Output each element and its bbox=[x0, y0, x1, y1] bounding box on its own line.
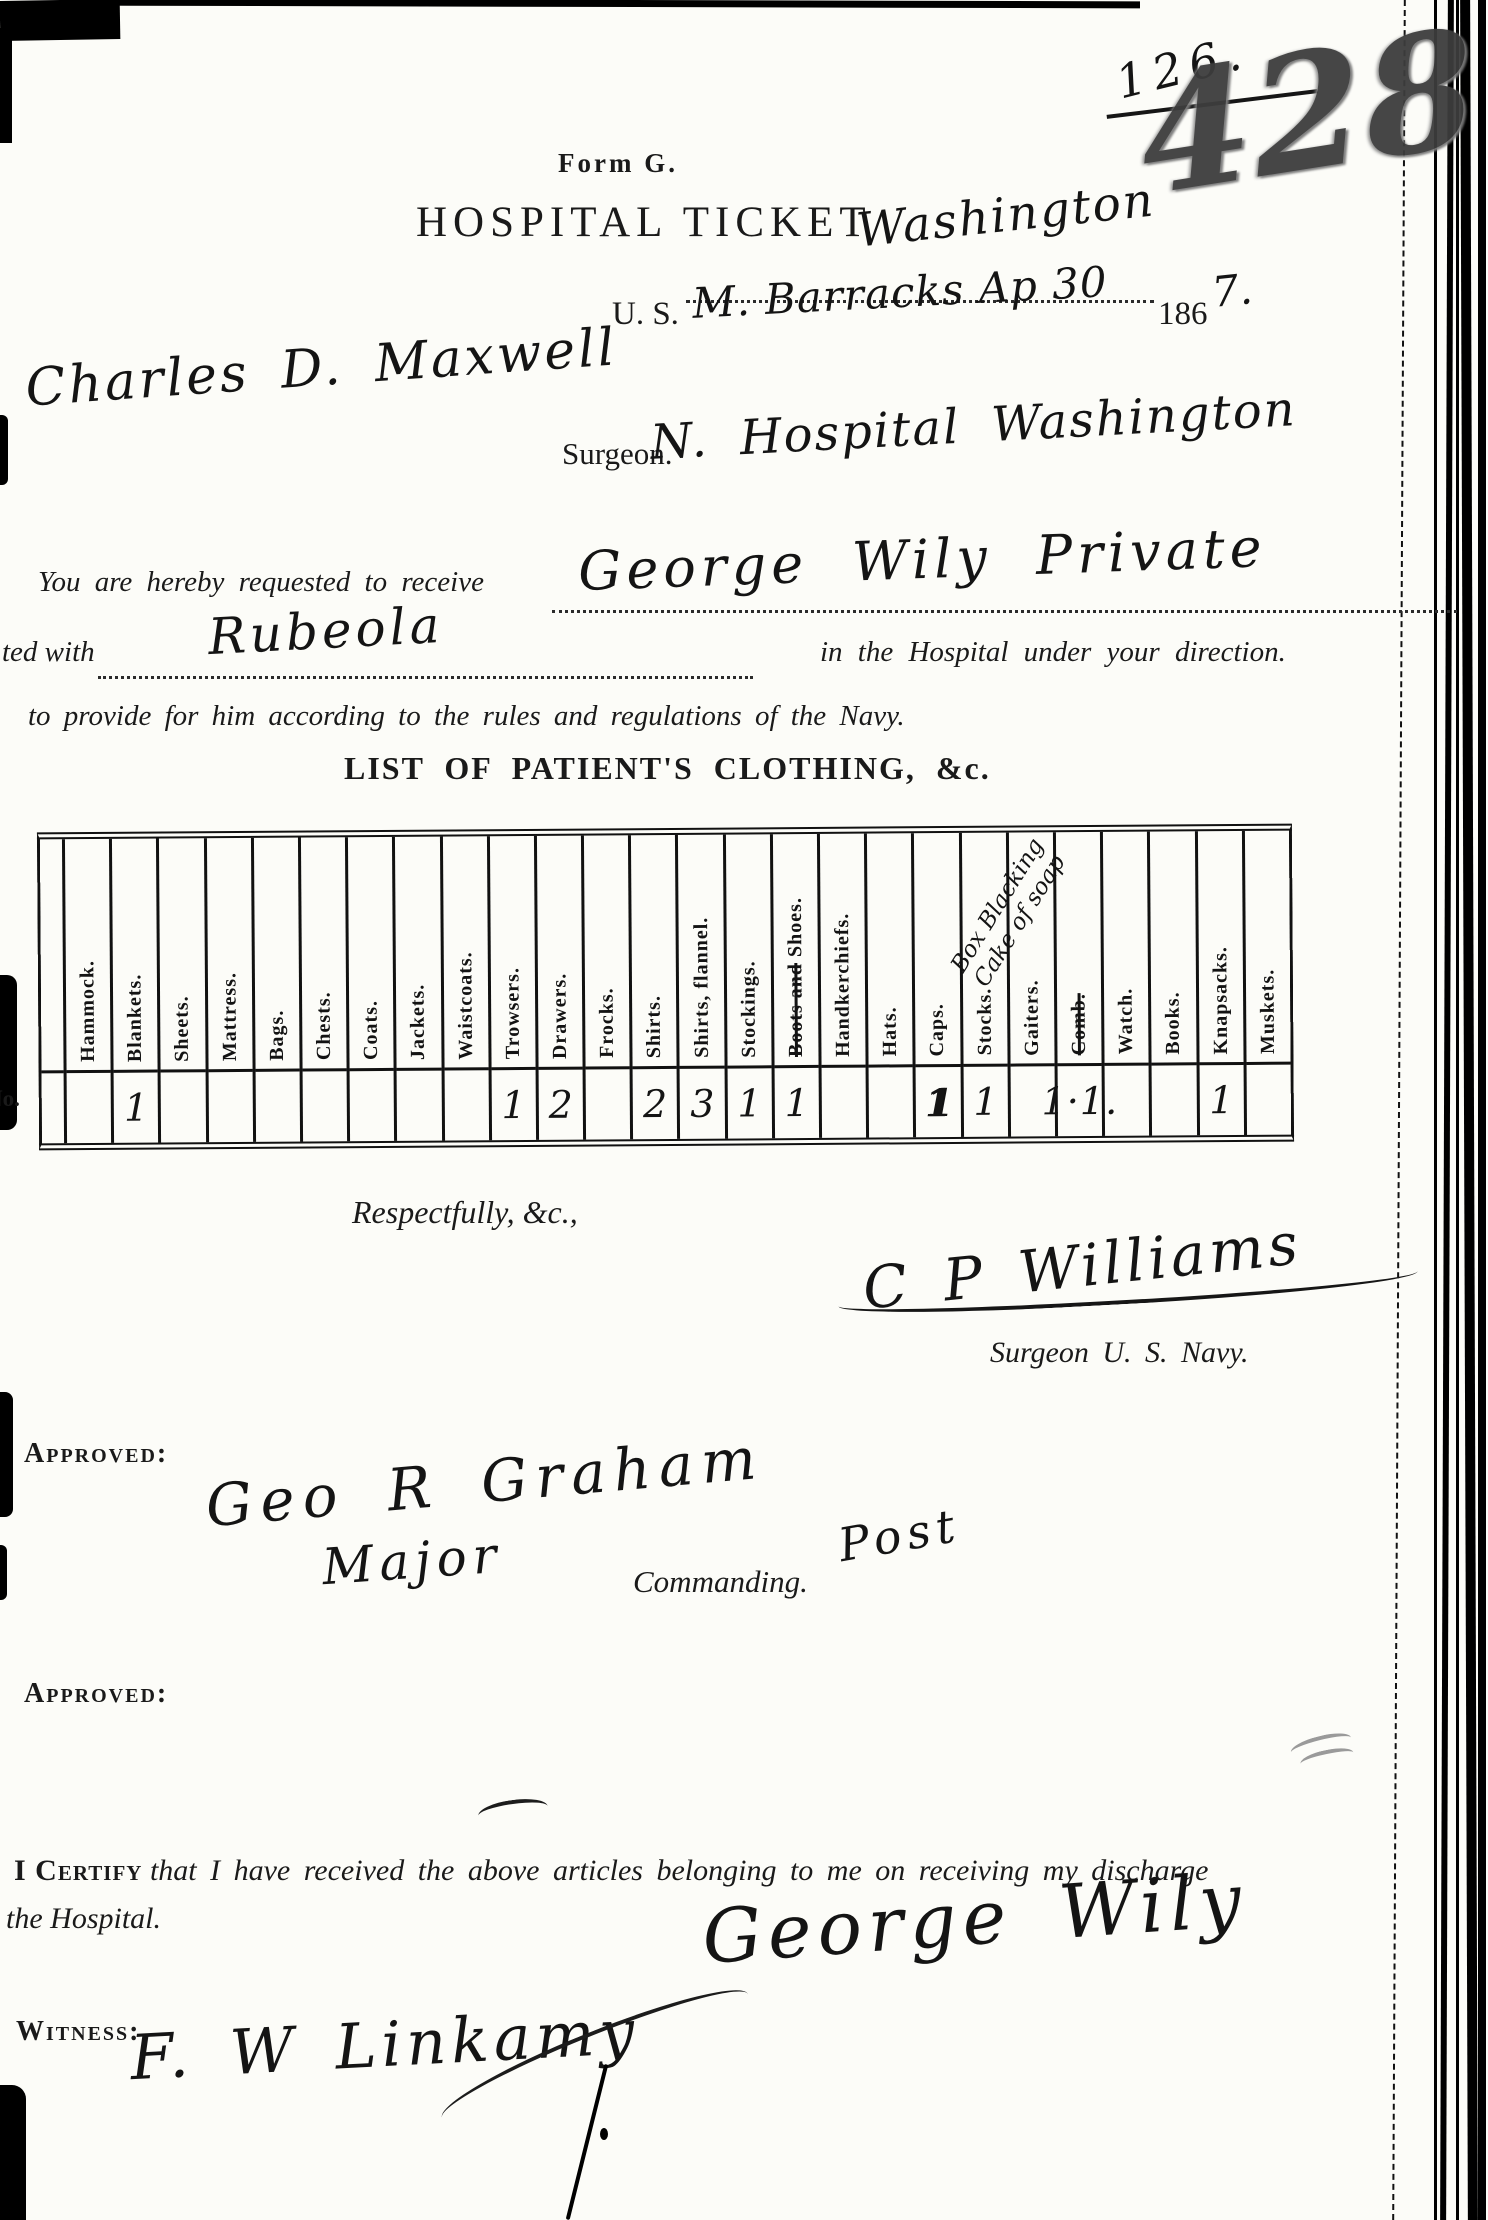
column-label: Books. bbox=[1162, 991, 1185, 1054]
clothing-column: Watch. bbox=[1100, 832, 1149, 1136]
patient-dotted-line bbox=[552, 610, 1457, 613]
column-label: Knapsacks. bbox=[1209, 946, 1233, 1055]
column-label: Hats. bbox=[879, 1006, 902, 1056]
certify-line2: the Hospital. bbox=[6, 1902, 161, 1936]
station-handwritten: M. Barracks Ap 30 bbox=[691, 257, 1109, 328]
clothing-column: Frocks. bbox=[581, 835, 630, 1139]
disease-handwritten: Rubeola bbox=[207, 596, 445, 666]
form-label: Form G. bbox=[558, 148, 678, 179]
column-label: Coats. bbox=[360, 1000, 383, 1060]
column-value bbox=[255, 1069, 300, 1142]
column-value bbox=[161, 1069, 206, 1142]
column-label: Shirts. bbox=[643, 995, 666, 1058]
respectfully-line: Respectfully, &c., bbox=[352, 1194, 578, 1231]
clothing-column: Muskets. bbox=[1242, 831, 1291, 1135]
clothing-column: Coats. bbox=[345, 837, 394, 1141]
clothing-column: Shirts.2 bbox=[628, 835, 677, 1139]
clothing-heading: LIST OF PATIENT'S CLOTHING, &c. bbox=[344, 750, 991, 787]
column-value bbox=[397, 1068, 442, 1141]
request-line2-suffix: in the Hospital under your direction. bbox=[820, 636, 1286, 669]
clothing-column: Hats. bbox=[864, 833, 913, 1137]
clothing-table: Hammock.Blankets.1Sheets.Mattress.Bags.C… bbox=[37, 824, 1294, 1151]
scan-blob-left-3 bbox=[0, 1392, 13, 1517]
clothing-column: Trowsers.1 bbox=[487, 836, 536, 1140]
approved-label-2: Approved: bbox=[24, 1678, 168, 1710]
column-value: 1 bbox=[1199, 1062, 1244, 1135]
column-value: 2 bbox=[538, 1067, 583, 1140]
clothing-column: Sheets. bbox=[156, 838, 205, 1142]
clothing-column: Hammock. bbox=[62, 839, 111, 1143]
year-handwritten: 7. bbox=[1210, 264, 1255, 317]
clothing-column: Knapsacks.1 bbox=[1194, 831, 1243, 1135]
column-label: Gaiters. bbox=[1020, 979, 1044, 1055]
scan-edge-top-left bbox=[0, 0, 120, 41]
struck-label-part: Boots and bbox=[784, 963, 807, 1057]
surgeon-handwritten: N. Hospital Washington bbox=[649, 381, 1298, 471]
witness-label: Witness: bbox=[16, 2016, 140, 2048]
column-value bbox=[302, 1068, 347, 1141]
column-value: 2 bbox=[633, 1066, 678, 1139]
clothing-column: Jackets. bbox=[392, 837, 441, 1141]
column-value bbox=[1152, 1062, 1197, 1135]
column-value: 1 bbox=[114, 1070, 159, 1143]
scan-edge-left-strip bbox=[0, 28, 12, 143]
column-label: Frocks. bbox=[596, 988, 619, 1059]
patient-handwritten: George Wily Private bbox=[577, 516, 1267, 603]
column-label: Mattress. bbox=[218, 972, 242, 1061]
column-label: Drawers. bbox=[548, 972, 572, 1058]
clothing-column: Mattress. bbox=[204, 838, 253, 1142]
clothing-column: Books. bbox=[1147, 831, 1196, 1135]
clothing-column: Handkerchiefs. bbox=[817, 834, 866, 1138]
request-line1: You are hereby requested to receive bbox=[38, 566, 484, 599]
column-value: 1 bbox=[727, 1065, 772, 1138]
commanding-handwritten: Post bbox=[834, 1498, 964, 1573]
binding-edge bbox=[1396, 0, 1488, 2220]
clothing-column: Caps.1 bbox=[911, 833, 960, 1137]
page-title: HOSPITAL TICKET bbox=[416, 198, 872, 247]
title-location-handwritten: Washington bbox=[854, 172, 1158, 258]
approved-label-1: Approved: bbox=[24, 1438, 168, 1470]
station-printed: U. S. bbox=[612, 296, 679, 333]
column-value bbox=[67, 1070, 112, 1143]
column-value: 3 bbox=[680, 1066, 725, 1139]
column-value bbox=[869, 1064, 914, 1137]
column-value bbox=[208, 1069, 253, 1142]
column-label: Watch. bbox=[1115, 988, 1138, 1055]
column-label: Jackets. bbox=[407, 983, 431, 1059]
clothing-column: Chests. bbox=[298, 837, 347, 1141]
stray-tilde-mark bbox=[477, 1795, 549, 1827]
scan-blob-left-1 bbox=[0, 415, 8, 485]
witness-flourish-dot bbox=[600, 2128, 608, 2140]
column-label: Bags. bbox=[265, 1010, 288, 1061]
clothing-column: Stockings.1 bbox=[723, 834, 772, 1138]
approver-signature: Geo R Graham bbox=[203, 1424, 766, 1541]
column-value bbox=[822, 1065, 867, 1138]
request-line2-prefix: ted with bbox=[2, 636, 95, 669]
certify-prefix: I Certify bbox=[14, 1854, 142, 1887]
approver-rank: Major bbox=[320, 1526, 504, 1596]
column-label: Comb. bbox=[1068, 993, 1091, 1055]
scan-blob-left-4 bbox=[0, 1545, 7, 1600]
column-label: Stockings. bbox=[737, 960, 761, 1057]
column-value: 1 bbox=[963, 1064, 1008, 1137]
column-value: 1 bbox=[916, 1064, 961, 1137]
column-label: Hammock. bbox=[76, 960, 100, 1062]
column-value: 1 bbox=[774, 1065, 819, 1138]
row-label-no: No. bbox=[0, 1086, 20, 1112]
document-page: 126. 428 Form G. HOSPITAL TICKET Washing… bbox=[0, 0, 1488, 2220]
column-label: Handkerchiefs. bbox=[831, 912, 855, 1056]
scan-blob-left-5 bbox=[0, 2085, 26, 2220]
column-label: Stocks. bbox=[973, 988, 996, 1056]
commanding-printed: Commanding. bbox=[633, 1564, 808, 1600]
scan-edge-top-line bbox=[100, 0, 1140, 8]
disease-dotted-line bbox=[98, 676, 753, 679]
column-label: Waistcoats. bbox=[454, 951, 478, 1059]
clothing-column: Shirts, flannel.3 bbox=[675, 835, 724, 1139]
column-label: Boots and Shoes. bbox=[784, 897, 808, 1057]
column-value: 1·1. bbox=[1057, 1063, 1102, 1136]
addressee-name: Charles D. Maxwell bbox=[24, 317, 620, 418]
column-label: Sheets. bbox=[171, 995, 194, 1062]
surgeon-title: Surgeon U. S. Navy. bbox=[990, 1336, 1249, 1370]
column-label: Caps. bbox=[926, 1003, 949, 1057]
clothing-lead-column bbox=[40, 839, 64, 1143]
column-value bbox=[444, 1067, 489, 1140]
struck-label-part: Comb. bbox=[1068, 993, 1090, 1055]
column-value: 1 bbox=[491, 1067, 536, 1140]
column-label: Muskets. bbox=[1256, 968, 1280, 1053]
column-label: Shirts, flannel. bbox=[690, 917, 714, 1058]
clothing-column: Bags. bbox=[251, 838, 300, 1142]
column-value bbox=[350, 1068, 395, 1141]
clothing-column: Boots and Shoes.1 bbox=[770, 834, 819, 1138]
clothing-column: Drawers.2 bbox=[534, 836, 583, 1140]
clothing-column: Waistcoats. bbox=[439, 836, 488, 1140]
request-line3: to provide for him according to the rule… bbox=[28, 700, 905, 733]
column-value bbox=[586, 1066, 631, 1139]
year-printed: 186 bbox=[1158, 296, 1208, 333]
column-value bbox=[1246, 1062, 1291, 1135]
column-label: Chests. bbox=[313, 992, 336, 1061]
column-label: Trowsers. bbox=[501, 967, 525, 1059]
clothing-column: Blankets.1 bbox=[109, 839, 158, 1143]
column-value bbox=[1105, 1063, 1150, 1136]
column-label: Blankets. bbox=[124, 973, 148, 1062]
